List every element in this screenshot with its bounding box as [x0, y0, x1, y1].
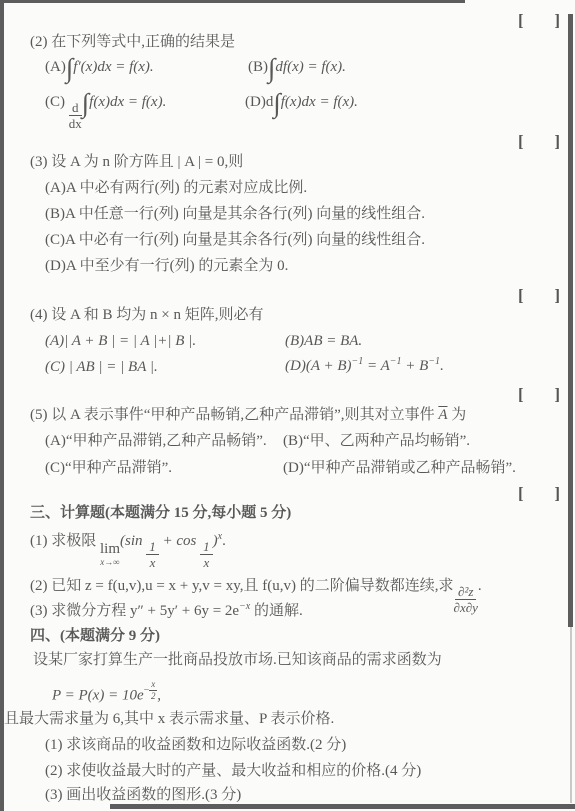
fraction-1-x: 1x: [200, 540, 213, 569]
formula-part: ,: [157, 688, 161, 704]
answer-bracket-3: []: [518, 286, 560, 306]
superscript: −1: [390, 356, 402, 367]
bracket-open: [: [518, 484, 524, 504]
question-5-stem: (5) 以 A 表示事件“甲种产品畅销,乙种产品滞销”,则其对立事件 A 为: [30, 406, 466, 425]
exponent: −x2: [144, 680, 158, 701]
section-4-item-2: (2) 求使收益最大时的产量、最大收益和相应的价格.(4 分): [45, 762, 421, 781]
section-3-header: 三、计算题(本题满分 15 分,每小题 5 分): [30, 504, 291, 523]
question-2-option-c: (C) ddx∫f(x)dx = f(x).: [45, 93, 166, 130]
question-3-option-b: (B)A 中任意一行(列) 向量是其余各行(列) 向量的线性组合.: [45, 205, 425, 224]
option-formula: f(x)dx = f(x).: [281, 94, 358, 110]
option-label: (D): [245, 94, 266, 110]
option-formula: df(x) = f(x).: [275, 59, 346, 75]
answer-bracket-5: []: [518, 484, 560, 504]
page-edge-right: [568, 14, 573, 627]
question-2-option-b: (B)∫df(x) = f(x).: [248, 58, 346, 77]
option-formula: f(x)dx = f(x).: [89, 94, 166, 110]
question-3-option-d: (D)A 中至少有一行(列) 的元素全为 0.: [45, 257, 288, 276]
formula-part: .: [222, 533, 226, 549]
question-3-option-c: (C)A 中必有一行(列) 向量是其余各行(列) 向量的线性组合.: [45, 231, 425, 250]
fraction-denominator: dx: [69, 116, 82, 130]
page-edge-left: [0, 0, 4, 811]
question-5-option-c: (C)“甲种产品滞销”.: [45, 459, 172, 478]
bracket-open: [: [518, 132, 524, 152]
question-2-option-d: (D)d∫f(x)dx = f(x).: [245, 93, 358, 112]
a-bar-symbol: A: [438, 407, 447, 423]
option-label: (A): [45, 59, 66, 75]
fraction-numerator: 1: [200, 540, 213, 555]
question-5-option-d: (D)“甲种产品滞销或乙种产品畅销”.: [283, 459, 516, 478]
fraction-numerator: 1: [146, 540, 159, 555]
question-4-option-b: (B)AB = BA.: [285, 332, 362, 351]
section-4-intro: 设某厂家打算生产一批商品投放市场.已知该商品的需求函数为: [33, 651, 442, 670]
bracket-open: [: [518, 11, 524, 31]
bracket-open: [: [518, 385, 524, 405]
page-edge-right-faint: [570, 627, 572, 803]
answer-bracket-1: []: [518, 11, 560, 31]
answer-bracket-2: []: [518, 132, 560, 152]
option-formula: f′(x)dx = f(x).: [73, 59, 153, 75]
option-label: (C): [45, 94, 69, 110]
formula-part: + cos: [159, 533, 200, 549]
problem-text: (3) 求微分方程 y″ + 5y′ + 6y = 2e: [30, 603, 239, 619]
fraction-denominator: ∂x∂y: [454, 600, 478, 614]
problem-text: (1) 求极限: [30, 533, 100, 549]
section-4-item-3: (3) 画出收益函数的图形.(3 分): [45, 786, 241, 805]
fraction-partial-derivative: ∂²z∂x∂y: [454, 585, 478, 614]
superscript: −1: [352, 356, 364, 367]
fraction-numerator: ∂²z: [455, 585, 476, 600]
question-3-stem: (3) 设 A 为 n 阶方阵且 | A | = 0,则: [30, 153, 243, 172]
fraction-denominator: x: [204, 555, 210, 569]
formula-part: .: [478, 578, 482, 594]
scanned-exam-page: [] [] [] [] [] (2) 在下列等式中,正确的结果是 (A)∫f′(…: [0, 0, 575, 811]
problem-text: 的通解.: [250, 603, 303, 619]
bracket-close: ]: [554, 484, 560, 504]
problem-text: (2) 已知 z = f(u,v),u = x + y,v = xy,且 f(u…: [30, 578, 454, 594]
option-label: (B): [248, 59, 268, 75]
question-2-stem: (2) 在下列等式中,正确的结果是: [30, 33, 235, 52]
superscript-minus-x: −x: [239, 601, 250, 612]
fraction-1-x: 1x: [146, 540, 159, 569]
stem-text: (5) 以 A 表示事件“甲种产品畅销,乙种产品滞销”,则其对立事件: [30, 407, 438, 423]
section-4-note: 且最大需求量为 6,其中 x 表示需求量、P 表示价格.: [4, 710, 334, 729]
stem-text: 为: [448, 407, 467, 423]
bracket-close: ]: [554, 132, 560, 152]
fraction-numerator: d: [69, 101, 82, 116]
section-4-item-1: (1) 求该商品的收益函数和边际收益函数.(2 分): [45, 736, 346, 755]
question-2-option-a: (A)∫f′(x)dx = f(x).: [45, 58, 154, 77]
question-4-stem: (4) 设 A 和 B 均为 n × n 矩阵,则必有: [30, 306, 263, 325]
bracket-close: ]: [554, 385, 560, 405]
question-4-option-d: (D)(A + B)−1 = A−1 + B−1.: [285, 357, 444, 376]
demand-function-formula: P = P(x) = 10e−x2,: [52, 680, 161, 705]
fraction-denominator: x: [150, 555, 156, 569]
formula-part: P = P(x) = 10e: [52, 688, 144, 704]
formula-part: .: [440, 358, 444, 374]
bracket-close: ]: [554, 286, 560, 306]
page-edge-bottom: [110, 804, 575, 809]
option-prefix: d: [266, 94, 274, 110]
formula-part: (D)(A + B): [285, 358, 352, 374]
fraction-denominator: 2: [151, 691, 156, 701]
lim-word: lim: [100, 542, 120, 557]
fraction-d-dx: ddx: [69, 101, 82, 130]
bracket-open: [: [518, 286, 524, 306]
formula-part: (sin: [120, 533, 146, 549]
question-3-option-a: (A)A 中必有两行(列) 的元素对应成比例.: [45, 179, 307, 198]
section-4-header: 四、(本题满分 9 分): [30, 627, 160, 646]
bracket-close: ]: [554, 11, 560, 31]
question-4-option-a: (A)| A + B | = | A |+| B |.: [45, 332, 196, 351]
superscript: −1: [428, 356, 440, 367]
question-5-option-b: (B)“甲、乙两种产品均畅销”.: [283, 432, 470, 451]
formula-part: = A: [363, 358, 390, 374]
lim-subscript: x→∞: [100, 558, 119, 567]
question-4-option-c: (C) | AB | = | BA |.: [45, 358, 158, 377]
formula-part: + B: [402, 358, 429, 374]
section-3-problem-3: (3) 求微分方程 y″ + 5y′ + 6y = 2e−x 的通解.: [30, 602, 303, 621]
limit-operator: limx→∞: [100, 542, 120, 567]
section-3-problem-1: (1) 求极限 limx→∞(sin 1x + cos 1x)x.: [30, 532, 226, 569]
answer-bracket-4: []: [518, 385, 560, 405]
page-edge-top: [0, 0, 465, 3]
question-5-option-a: (A)“甲种产品滞销,乙种产品畅销”.: [45, 432, 267, 451]
